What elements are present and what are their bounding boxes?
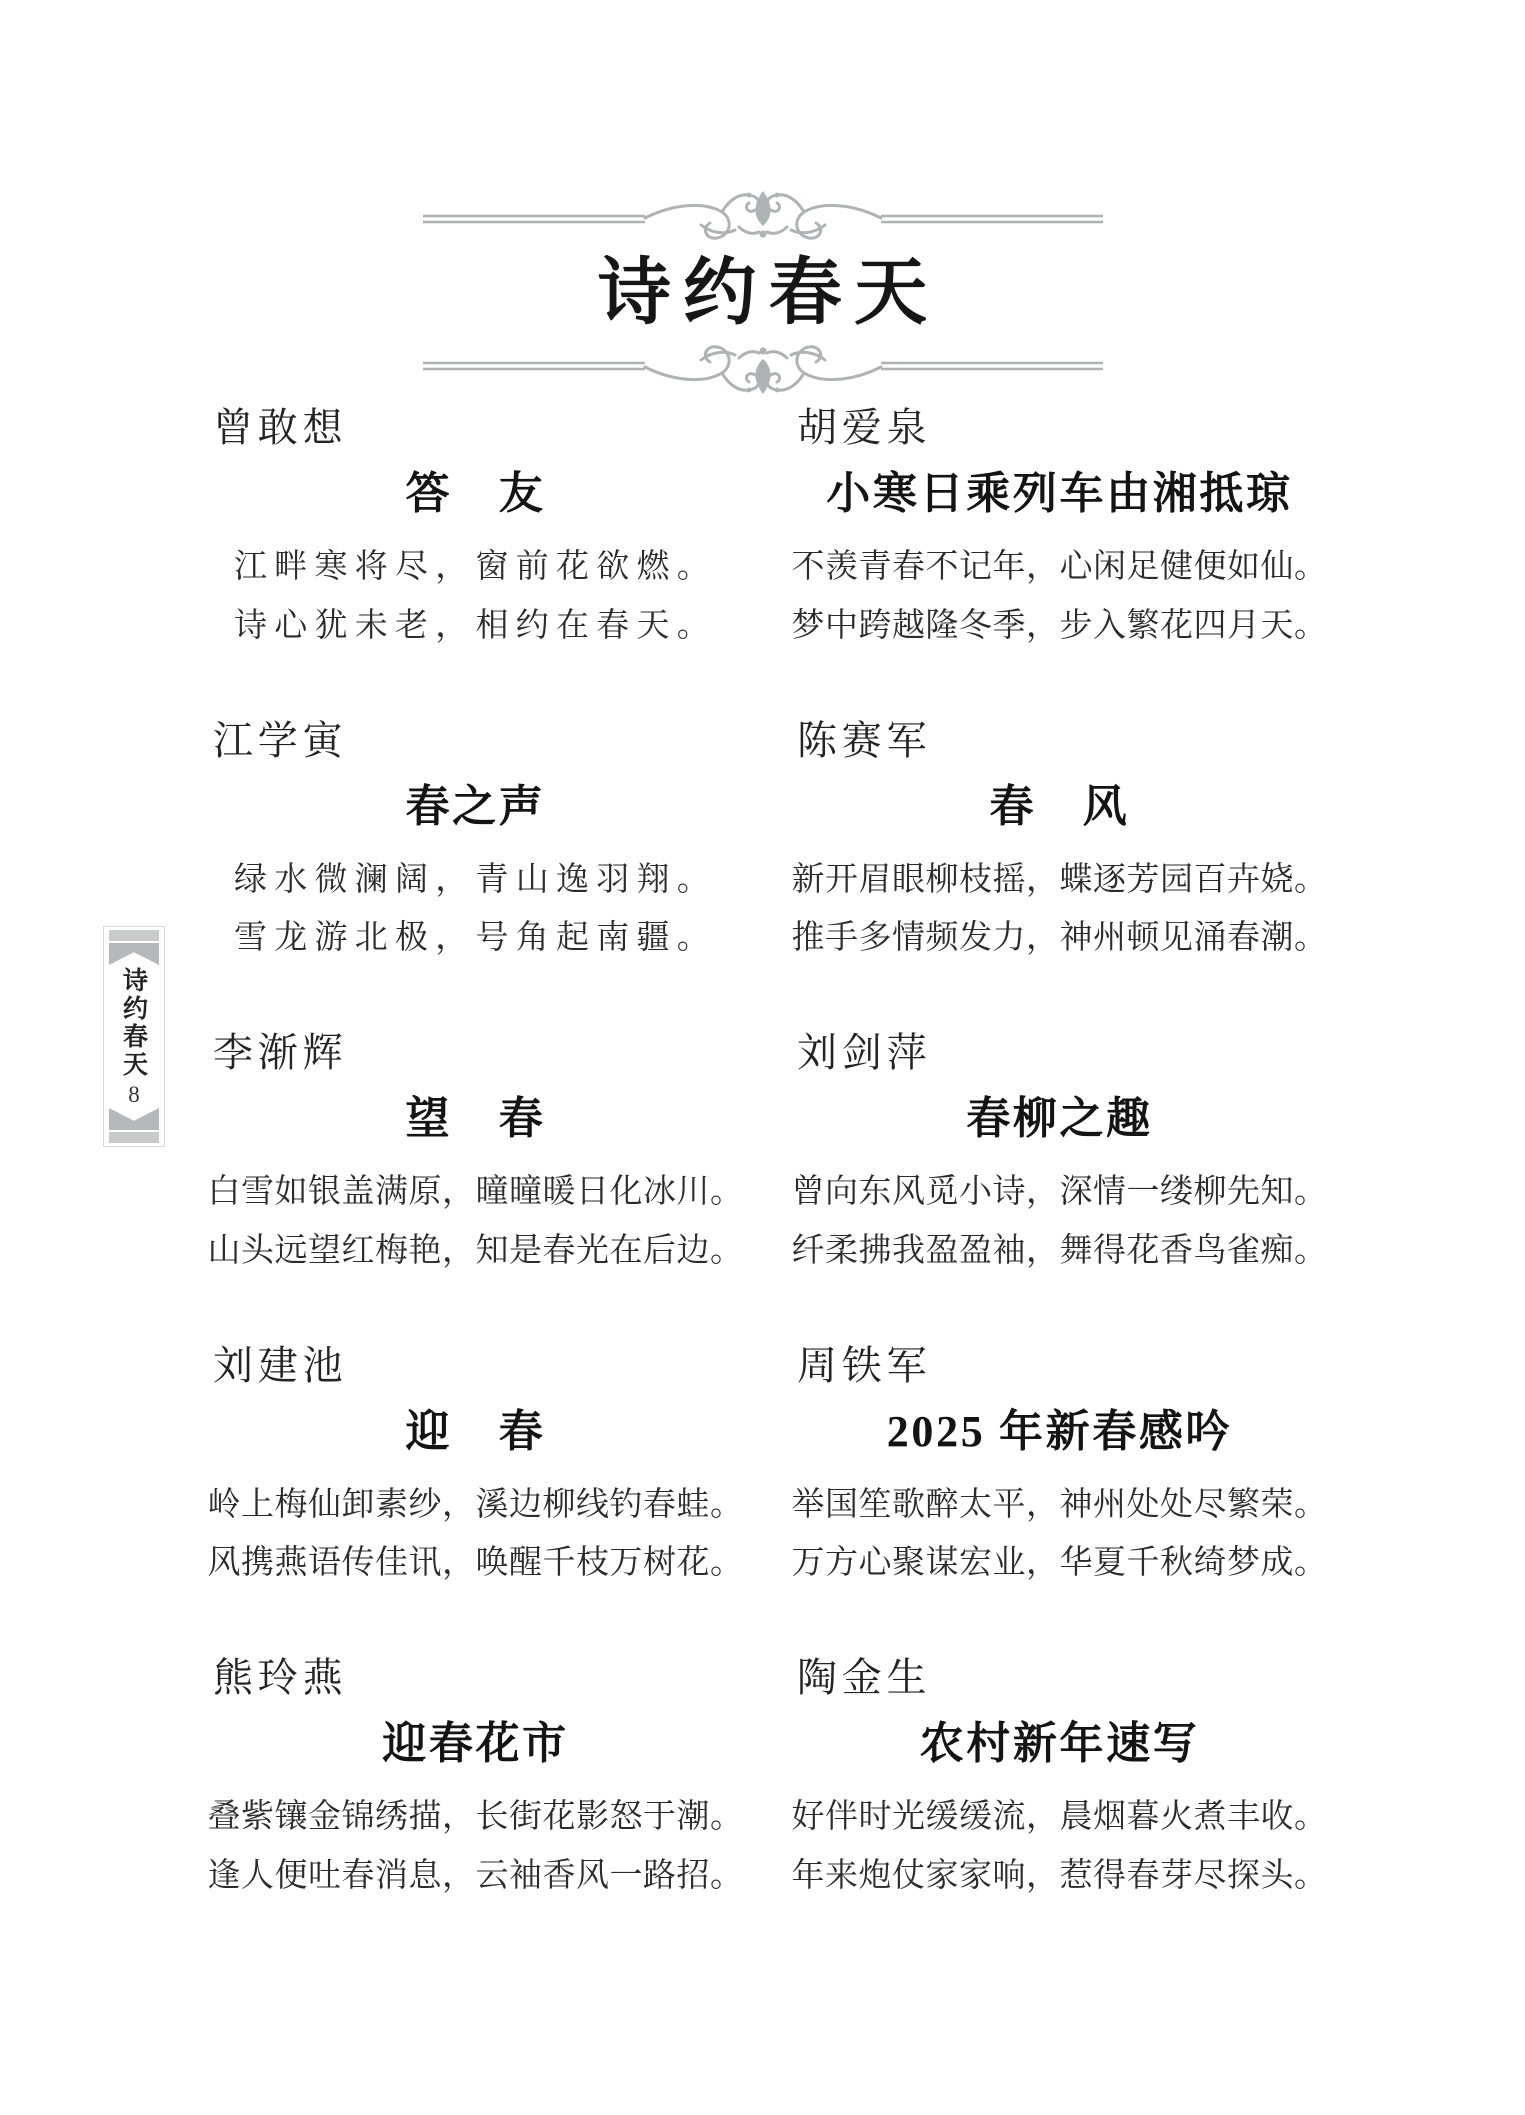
poem-line: 风携燕语传佳讯，唤醒千枝万树花。 — [203, 1533, 748, 1592]
bookmark-bottom-ribbon — [109, 1108, 159, 1130]
poem-line: 好伴时光缓缓流，晨烟暮火煮丰收。 — [787, 1787, 1332, 1846]
poem: 陈赛军 春 风 新开眉眼柳枝摇，蝶逐芳园百卉娆。 推手多情频发力，神州顿见涌春潮… — [787, 711, 1332, 968]
chapter-label: 诗约春天 — [122, 967, 147, 1079]
poem-line: 曾向东风觅小诗，深情一缕柳先知。 — [787, 1162, 1332, 1221]
poem-line: 年来炮仗家家响，惹得春芽尽探头。 — [787, 1846, 1332, 1905]
poem-line: 绿水微澜阔，青山逸羽翔。 — [203, 850, 748, 909]
poem-author: 刘建池 — [203, 1336, 748, 1396]
poem: 江学寅 春之声 绿水微澜阔，青山逸羽翔。 雪龙游北极，号角起南疆。 — [203, 711, 748, 968]
poem-line: 新开眉眼柳枝摇，蝶逐芳园百卉娆。 — [787, 850, 1332, 909]
poem-author: 周铁军 — [787, 1336, 1332, 1396]
right-column: 胡爱泉 小寒日乘列车由湘抵琼 不羡青春不记年，心闲足健便如仙。 梦中跨越隆冬季，… — [787, 398, 1332, 1961]
page-number: 8 — [128, 1083, 140, 1106]
poem-line: 纤柔拂我盈盈袖，舞得花香鸟雀痴。 — [787, 1221, 1332, 1280]
poem-title: 小寒日乘列车由湘抵琼 — [787, 465, 1332, 523]
bookmark-top-ribbon — [109, 943, 159, 965]
poem: 刘建池 迎 春 岭上梅仙卸素纱，溪边柳线钓春蛙。 风携燕语传佳讯，唤醒千枝万树花… — [203, 1336, 748, 1593]
poem-line: 雪龙游北极，号角起南疆。 — [203, 908, 748, 967]
poem-author: 陶金生 — [787, 1648, 1332, 1708]
section-header: 诗约春天 — [0, 0, 1525, 407]
poem-line: 江畔寒将尽，窗前花欲燃。 — [203, 537, 748, 596]
poem-author: 陈赛军 — [787, 711, 1332, 771]
flourish-divider-icon — [423, 178, 1103, 250]
poem-title: 农村新年速写 — [787, 1715, 1332, 1773]
poem-title: 迎春花市 — [203, 1715, 748, 1773]
poem: 陶金生 农村新年速写 好伴时光缓缓流，晨烟暮火煮丰收。 年来炮仗家家响，惹得春芽… — [787, 1648, 1332, 1905]
poem-author: 李渐辉 — [203, 1023, 748, 1083]
poem: 李渐辉 望 春 白雪如银盖满原，曈曈暖日化冰川。 山头远望红梅艳，知是春光在后边… — [203, 1023, 748, 1280]
poem-author: 曾敢想 — [203, 398, 748, 458]
poem-line: 诗心犹未老，相约在春天。 — [203, 596, 748, 655]
poem-author: 江学寅 — [203, 711, 748, 771]
poem-title: 2025 年新春感吟 — [787, 1403, 1332, 1461]
left-column: 曾敢想 答 友 江畔寒将尽，窗前花欲燃。 诗心犹未老，相约在春天。 江学寅 春之… — [203, 398, 748, 1961]
bookmark-bottom-strip — [109, 1132, 159, 1143]
poem-line: 举国笙歌醉太平，神州处处尽繁荣。 — [787, 1475, 1332, 1534]
poem: 熊玲燕 迎春花市 叠紫镶金锦绣描，长街花影怒于潮。 逢人便吐春消息，云袖香风一路… — [203, 1648, 748, 1905]
poem-line: 白雪如银盖满原，曈曈暖日化冰川。 — [203, 1162, 748, 1221]
poem-title: 春柳之趣 — [787, 1090, 1332, 1148]
poem-line: 山头远望红梅艳，知是春光在后边。 — [203, 1221, 748, 1280]
poem-author: 熊玲燕 — [203, 1648, 748, 1708]
poem: 刘剑萍 春柳之趣 曾向东风觅小诗，深情一缕柳先知。 纤柔拂我盈盈袖，舞得花香鸟雀… — [787, 1023, 1332, 1280]
poem-title: 迎 春 — [203, 1403, 748, 1461]
poem-author: 胡爱泉 — [787, 398, 1332, 458]
poem-line: 万方心聚谋宏业，华夏千秋绮梦成。 — [787, 1533, 1332, 1592]
poem-line: 推手多情频发力，神州顿见涌春潮。 — [787, 908, 1332, 967]
page-title: 诗约春天 — [0, 254, 1525, 331]
poem-title: 答 友 — [203, 465, 748, 523]
poem-line: 岭上梅仙卸素纱，溪边柳线钓春蛙。 — [203, 1475, 748, 1534]
poem: 周铁军 2025 年新春感吟 举国笙歌醉太平，神州处处尽繁荣。 万方心聚谋宏业，… — [787, 1336, 1332, 1593]
poem-line: 逢人便吐春消息，云袖香风一路招。 — [203, 1846, 748, 1905]
bookmark-body: 诗约春天 8 — [122, 965, 147, 1108]
poem: 曾敢想 答 友 江畔寒将尽，窗前花欲燃。 诗心犹未老，相约在春天。 — [203, 398, 748, 655]
poem-title: 春 风 — [787, 778, 1332, 836]
poem: 胡爱泉 小寒日乘列车由湘抵琼 不羡青春不记年，心闲足健便如仙。 梦中跨越隆冬季，… — [787, 398, 1332, 655]
poem-line: 不羡青春不记年，心闲足健便如仙。 — [787, 537, 1332, 596]
flourish-divider-icon — [423, 335, 1103, 407]
chapter-bookmark: 诗约春天 8 — [103, 926, 165, 1147]
poem-author: 刘剑萍 — [787, 1023, 1332, 1083]
poem-title: 春之声 — [203, 778, 748, 836]
poem-title: 望 春 — [203, 1090, 748, 1148]
poem-line: 梦中跨越隆冬季，步入繁花四月天。 — [787, 596, 1332, 655]
bookmark-top-strip — [109, 930, 159, 941]
poem-line: 叠紫镶金锦绣描，长街花影怒于潮。 — [203, 1787, 748, 1846]
